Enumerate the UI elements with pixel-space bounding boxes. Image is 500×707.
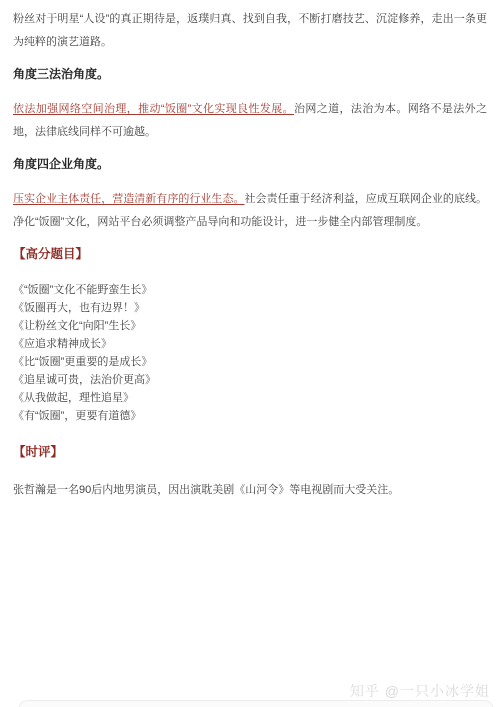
title-item-4: 《应追求精神成长》 bbox=[13, 335, 487, 353]
angle3-paragraph: 依法加强网络空间治理，推动“饭圈”文化实现良性发展。治网之道，法治为本。网络不是… bbox=[13, 98, 487, 144]
title-item-8: 《有“饭圈”，更要有道德》 bbox=[13, 407, 487, 425]
content-area: 粉丝对于明星“人设”的真正期待是，返璞归真、找到自我，不断打磨技艺、沉淀修养，走… bbox=[0, 0, 500, 502]
angle3-highlight-link[interactable]: 依法加强网络空间治理，推动“饭圈”文化实现良性发展。 bbox=[13, 103, 294, 115]
commentary-heading: 【时评】 bbox=[13, 444, 487, 460]
section-heading-angle4: 角度四企业角度。 bbox=[13, 156, 487, 172]
zhihu-watermark: 知乎 @一只小冰学姐 bbox=[350, 681, 490, 701]
title-item-7: 《从我做起，理性追星》 bbox=[13, 389, 487, 407]
document-page: 粉丝对于明星“人设”的真正期待是，返璞归真、找到自我，不断打磨技艺、沉淀修养，走… bbox=[0, 0, 500, 707]
titles-list: 《“饭圈”文化不能野蛮生长》 《饭圈再大，也有边界！》 《让粉丝文化“向阳”生长… bbox=[13, 281, 487, 425]
title-item-6: 《追星诚可贵，法治价更高》 bbox=[13, 371, 487, 389]
bottom-card-edge bbox=[18, 700, 494, 707]
section-heading-angle3: 角度三法治角度。 bbox=[13, 66, 487, 82]
angle4-paragraph: 压实企业主体责任，营造清新有序的行业生态。社会责任重于经济利益，应成互联网企业的… bbox=[13, 188, 487, 234]
commentary-paragraph: 张哲瀚是一名90后内地男演员，因出演耽美剧《山河令》等电视剧而大受关注。 bbox=[13, 479, 487, 502]
titles-heading: 【高分题目】 bbox=[13, 246, 487, 262]
angle4-highlight-link[interactable]: 压实企业主体责任，营造清新有序的行业生态。 bbox=[13, 193, 245, 205]
title-item-1: 《“饭圈”文化不能野蛮生长》 bbox=[13, 281, 487, 299]
title-item-3: 《让粉丝文化“向阳”生长》 bbox=[13, 317, 487, 335]
title-item-2: 《饭圈再大，也有边界！》 bbox=[13, 299, 487, 317]
intro-paragraph: 粉丝对于明星“人设”的真正期待是，返璞归真、找到自我，不断打磨技艺、沉淀修养，走… bbox=[13, 8, 487, 54]
title-item-5: 《比“饭圈”更重要的是成长》 bbox=[13, 353, 487, 371]
